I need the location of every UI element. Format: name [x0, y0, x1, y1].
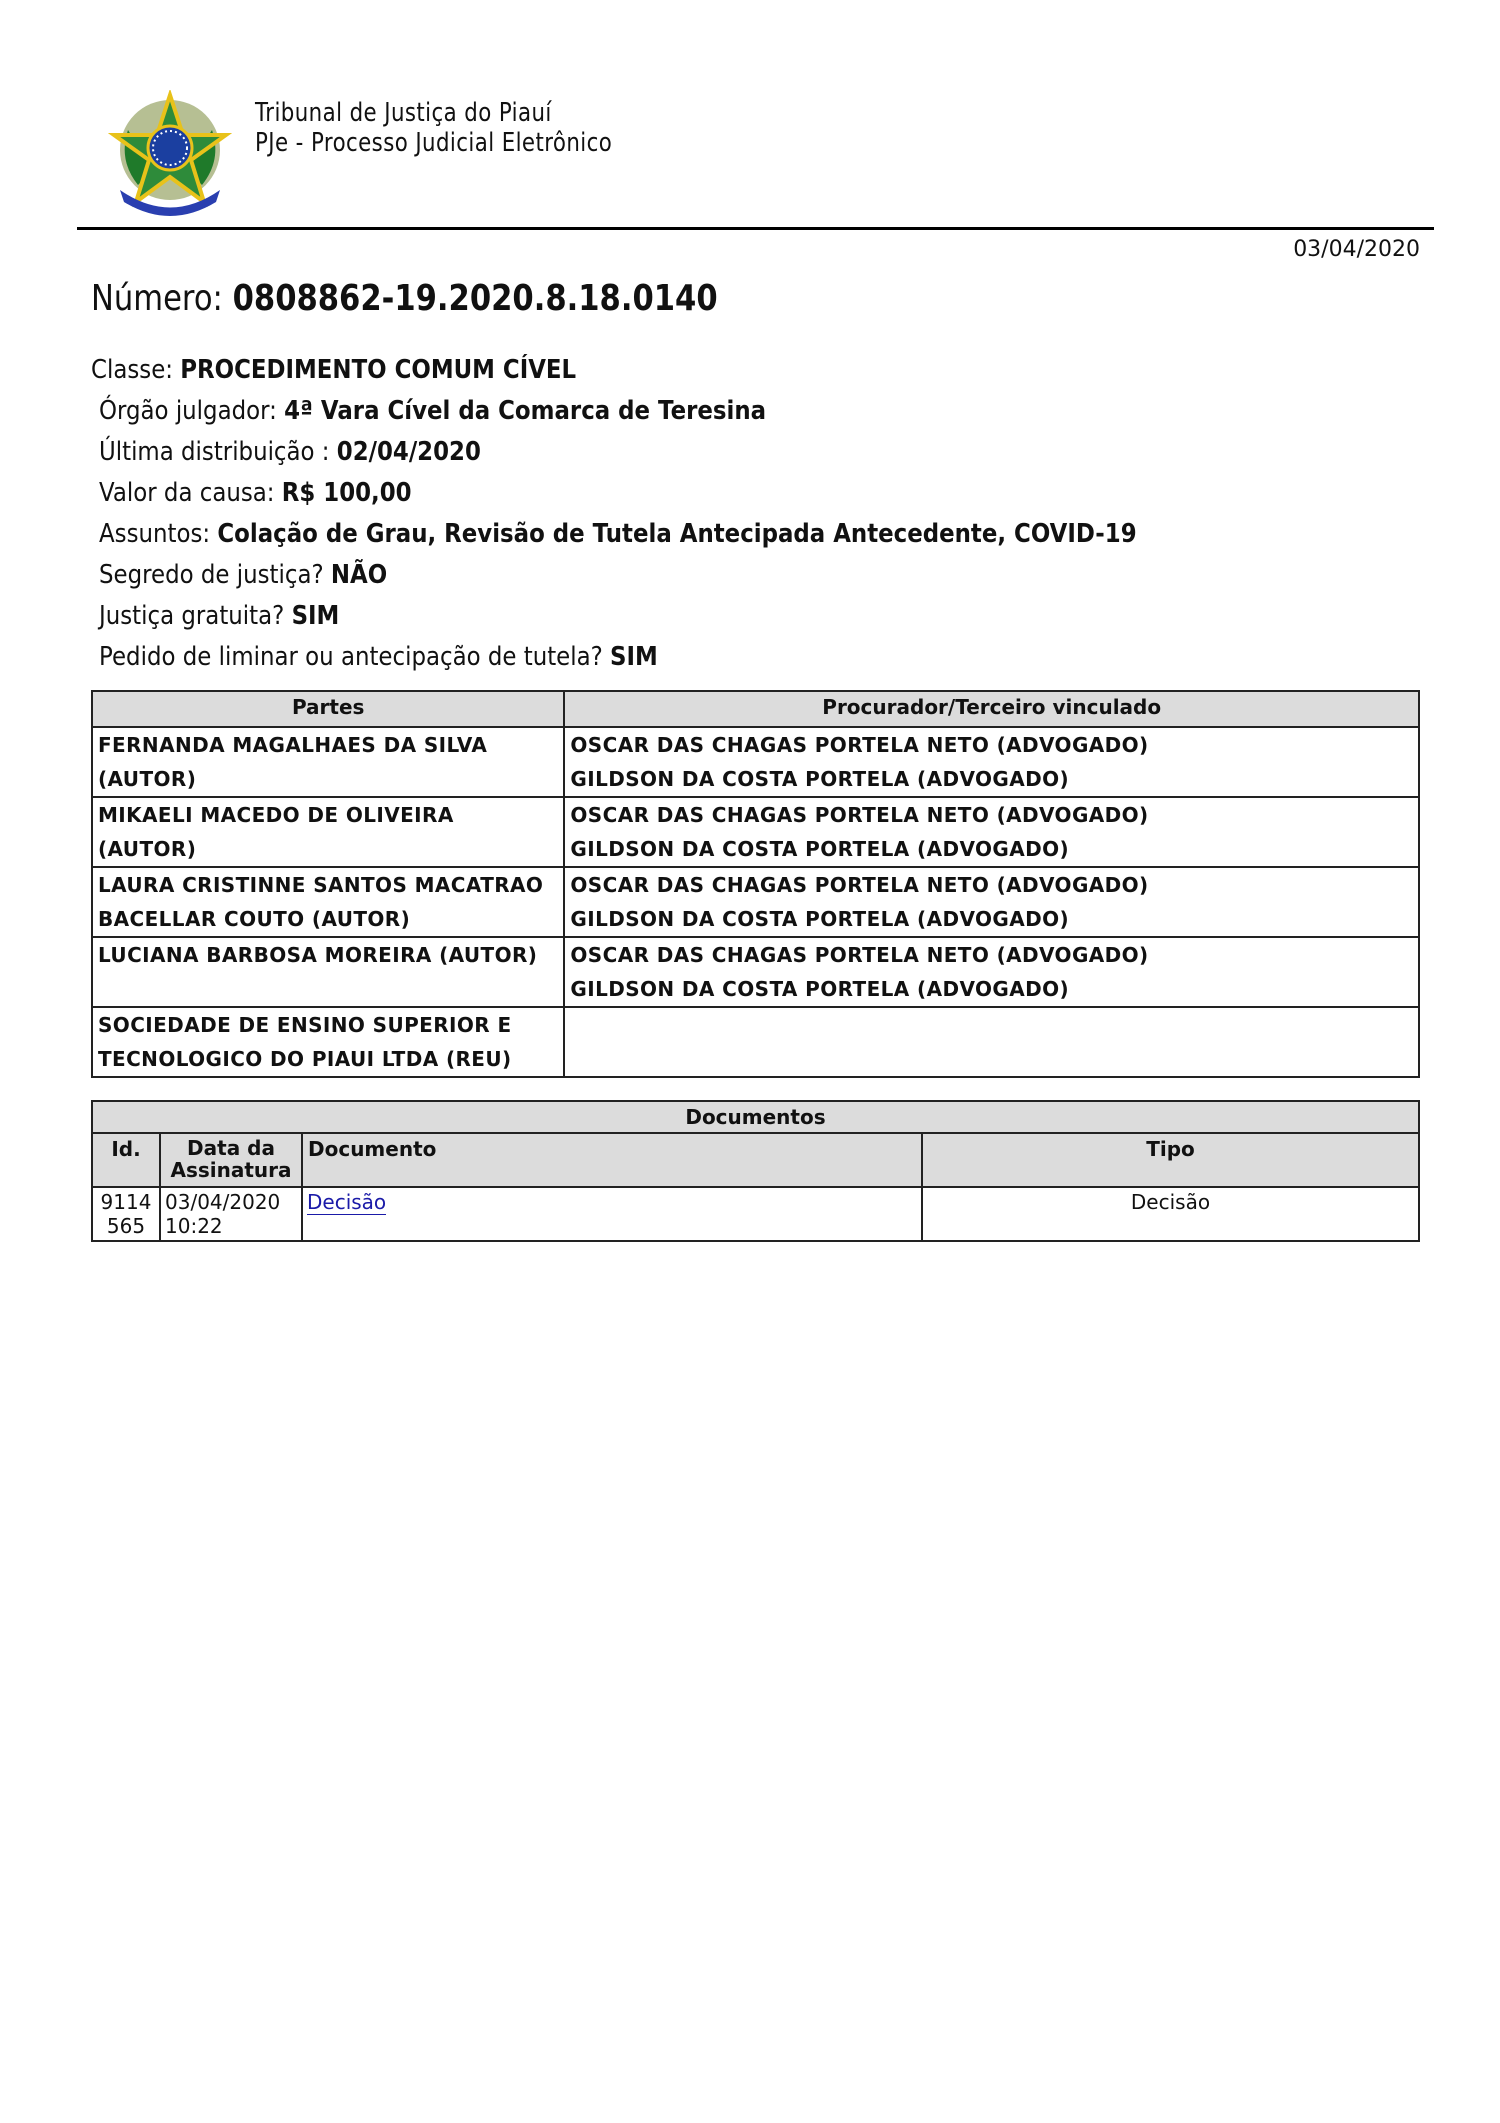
field-label: Pedido de liminar ou antecipação de tute… — [99, 642, 603, 672]
col-data: Data da Assinatura — [160, 1133, 302, 1187]
field-value: NÃO — [331, 560, 387, 590]
party-name: MIKAELI MACEDO DE OLIVEIRA (AUTOR) — [92, 797, 564, 867]
table-row: SOCIEDADE DE ENSINO SUPERIOR E TECNOLOGI… — [92, 1007, 1419, 1077]
lawyer-name: GILDSON DA COSTA PORTELA (ADVOGADO) — [570, 832, 1413, 866]
field-row: Segredo de justiça? NÃO — [99, 560, 387, 590]
field-row: Última distribuição : 02/04/2020 — [99, 437, 481, 467]
doc-id: 9114565 — [92, 1187, 160, 1241]
field-row: Classe: PROCEDIMENTO COMUM CÍVEL — [91, 355, 576, 385]
field-label: Última distribuição : — [99, 437, 330, 467]
party-lawyers — [564, 1007, 1419, 1077]
col-id: Id. — [92, 1133, 160, 1187]
doc-type: Decisão — [922, 1187, 1419, 1241]
party-lawyers: OSCAR DAS CHAGAS PORTELA NETO (ADVOGADO)… — [564, 937, 1419, 1007]
party-lawyers: OSCAR DAS CHAGAS PORTELA NETO (ADVOGADO)… — [564, 727, 1419, 797]
system-name: PJe - Processo Judicial Eletrônico — [255, 128, 612, 158]
field-value: Colação de Grau, Revisão de Tutela Antec… — [217, 519, 1136, 549]
party-name: SOCIEDADE DE ENSINO SUPERIOR E TECNOLOGI… — [92, 1007, 564, 1077]
lawyer-name: OSCAR DAS CHAGAS PORTELA NETO (ADVOGADO) — [570, 868, 1413, 902]
table-row: FERNANDA MAGALHAES DA SILVA (AUTOR)OSCAR… — [92, 727, 1419, 797]
field-label: Justiça gratuita? — [99, 601, 284, 631]
col-tipo: Tipo — [922, 1133, 1419, 1187]
lawyer-name: OSCAR DAS CHAGAS PORTELA NETO (ADVOGADO) — [570, 728, 1413, 762]
table-row: LAURA CRISTINNE SANTOS MACATRAO BACELLAR… — [92, 867, 1419, 937]
table-row: 911456503/04/2020 10:22DecisãoDecisão — [92, 1187, 1419, 1241]
parties-table: Partes Procurador/Terceiro vinculado FER… — [91, 690, 1420, 1078]
party-name: LUCIANA BARBOSA MOREIRA (AUTOR) — [92, 937, 564, 1007]
documents-title: Documentos — [92, 1101, 1419, 1133]
party-name: FERNANDA MAGALHAES DA SILVA (AUTOR) — [92, 727, 564, 797]
field-row: Valor da causa: R$ 100,00 — [99, 478, 412, 508]
col-procurador: Procurador/Terceiro vinculado — [564, 691, 1419, 727]
field-value: PROCEDIMENTO COMUM CÍVEL — [180, 355, 576, 385]
doc-name-cell: Decisão — [302, 1187, 922, 1241]
field-label: Assuntos: — [99, 519, 210, 549]
col-partes: Partes — [92, 691, 564, 727]
field-value: SIM — [610, 642, 658, 672]
documents-table: Documentos Id. Data da Assinatura Docume… — [91, 1100, 1420, 1242]
field-row: Pedido de liminar ou antecipação de tute… — [99, 642, 658, 672]
field-row: Assuntos: Colação de Grau, Revisão de Tu… — [99, 519, 1137, 549]
field-row: Justiça gratuita? SIM — [99, 601, 339, 631]
lawyer-name: OSCAR DAS CHAGAS PORTELA NETO (ADVOGADO) — [570, 798, 1413, 832]
lawyer-name: GILDSON DA COSTA PORTELA (ADVOGADO) — [570, 972, 1413, 1006]
col-documento: Documento — [302, 1133, 922, 1187]
header-title: Tribunal de Justiça do Piauí PJe - Proce… — [255, 98, 612, 158]
table-row: LUCIANA BARBOSA MOREIRA (AUTOR)OSCAR DAS… — [92, 937, 1419, 1007]
lawyer-name: GILDSON DA COSTA PORTELA (ADVOGADO) — [570, 762, 1413, 796]
field-label: Segredo de justiça? — [99, 560, 324, 590]
brazil-coat-of-arms-icon — [108, 90, 232, 222]
document-link[interactable]: Decisão — [307, 1190, 386, 1215]
lawyer-name: OSCAR DAS CHAGAS PORTELA NETO (ADVOGADO) — [570, 938, 1413, 972]
field-row: Órgão julgador: 4ª Vara Cível da Comarca… — [99, 396, 766, 426]
field-value: 4ª Vara Cível da Comarca de Teresina — [284, 396, 766, 426]
field-label: Valor da causa: — [99, 478, 275, 508]
field-label: Classe: — [91, 355, 173, 385]
party-name: LAURA CRISTINNE SANTOS MACATRAO BACELLAR… — [92, 867, 564, 937]
print-date: 03/04/2020 — [1293, 237, 1420, 262]
process-number-label: Número: — [91, 278, 223, 319]
field-label: Órgão julgador: — [99, 396, 277, 426]
process-number-value: 0808862-19.2020.8.18.0140 — [233, 278, 718, 319]
doc-date: 03/04/2020 10:22 — [160, 1187, 302, 1241]
party-lawyers: OSCAR DAS CHAGAS PORTELA NETO (ADVOGADO)… — [564, 867, 1419, 937]
lawyer-name: GILDSON DA COSTA PORTELA (ADVOGADO) — [570, 902, 1413, 936]
field-value: R$ 100,00 — [282, 478, 412, 508]
table-row: MIKAELI MACEDO DE OLIVEIRA (AUTOR)OSCAR … — [92, 797, 1419, 867]
field-value: SIM — [292, 601, 340, 631]
header-divider — [77, 227, 1434, 230]
process-number: Número: 0808862-19.2020.8.18.0140 — [91, 278, 718, 319]
field-value: 02/04/2020 — [337, 437, 481, 467]
court-name: Tribunal de Justiça do Piauí — [255, 98, 612, 128]
party-lawyers: OSCAR DAS CHAGAS PORTELA NETO (ADVOGADO)… — [564, 797, 1419, 867]
